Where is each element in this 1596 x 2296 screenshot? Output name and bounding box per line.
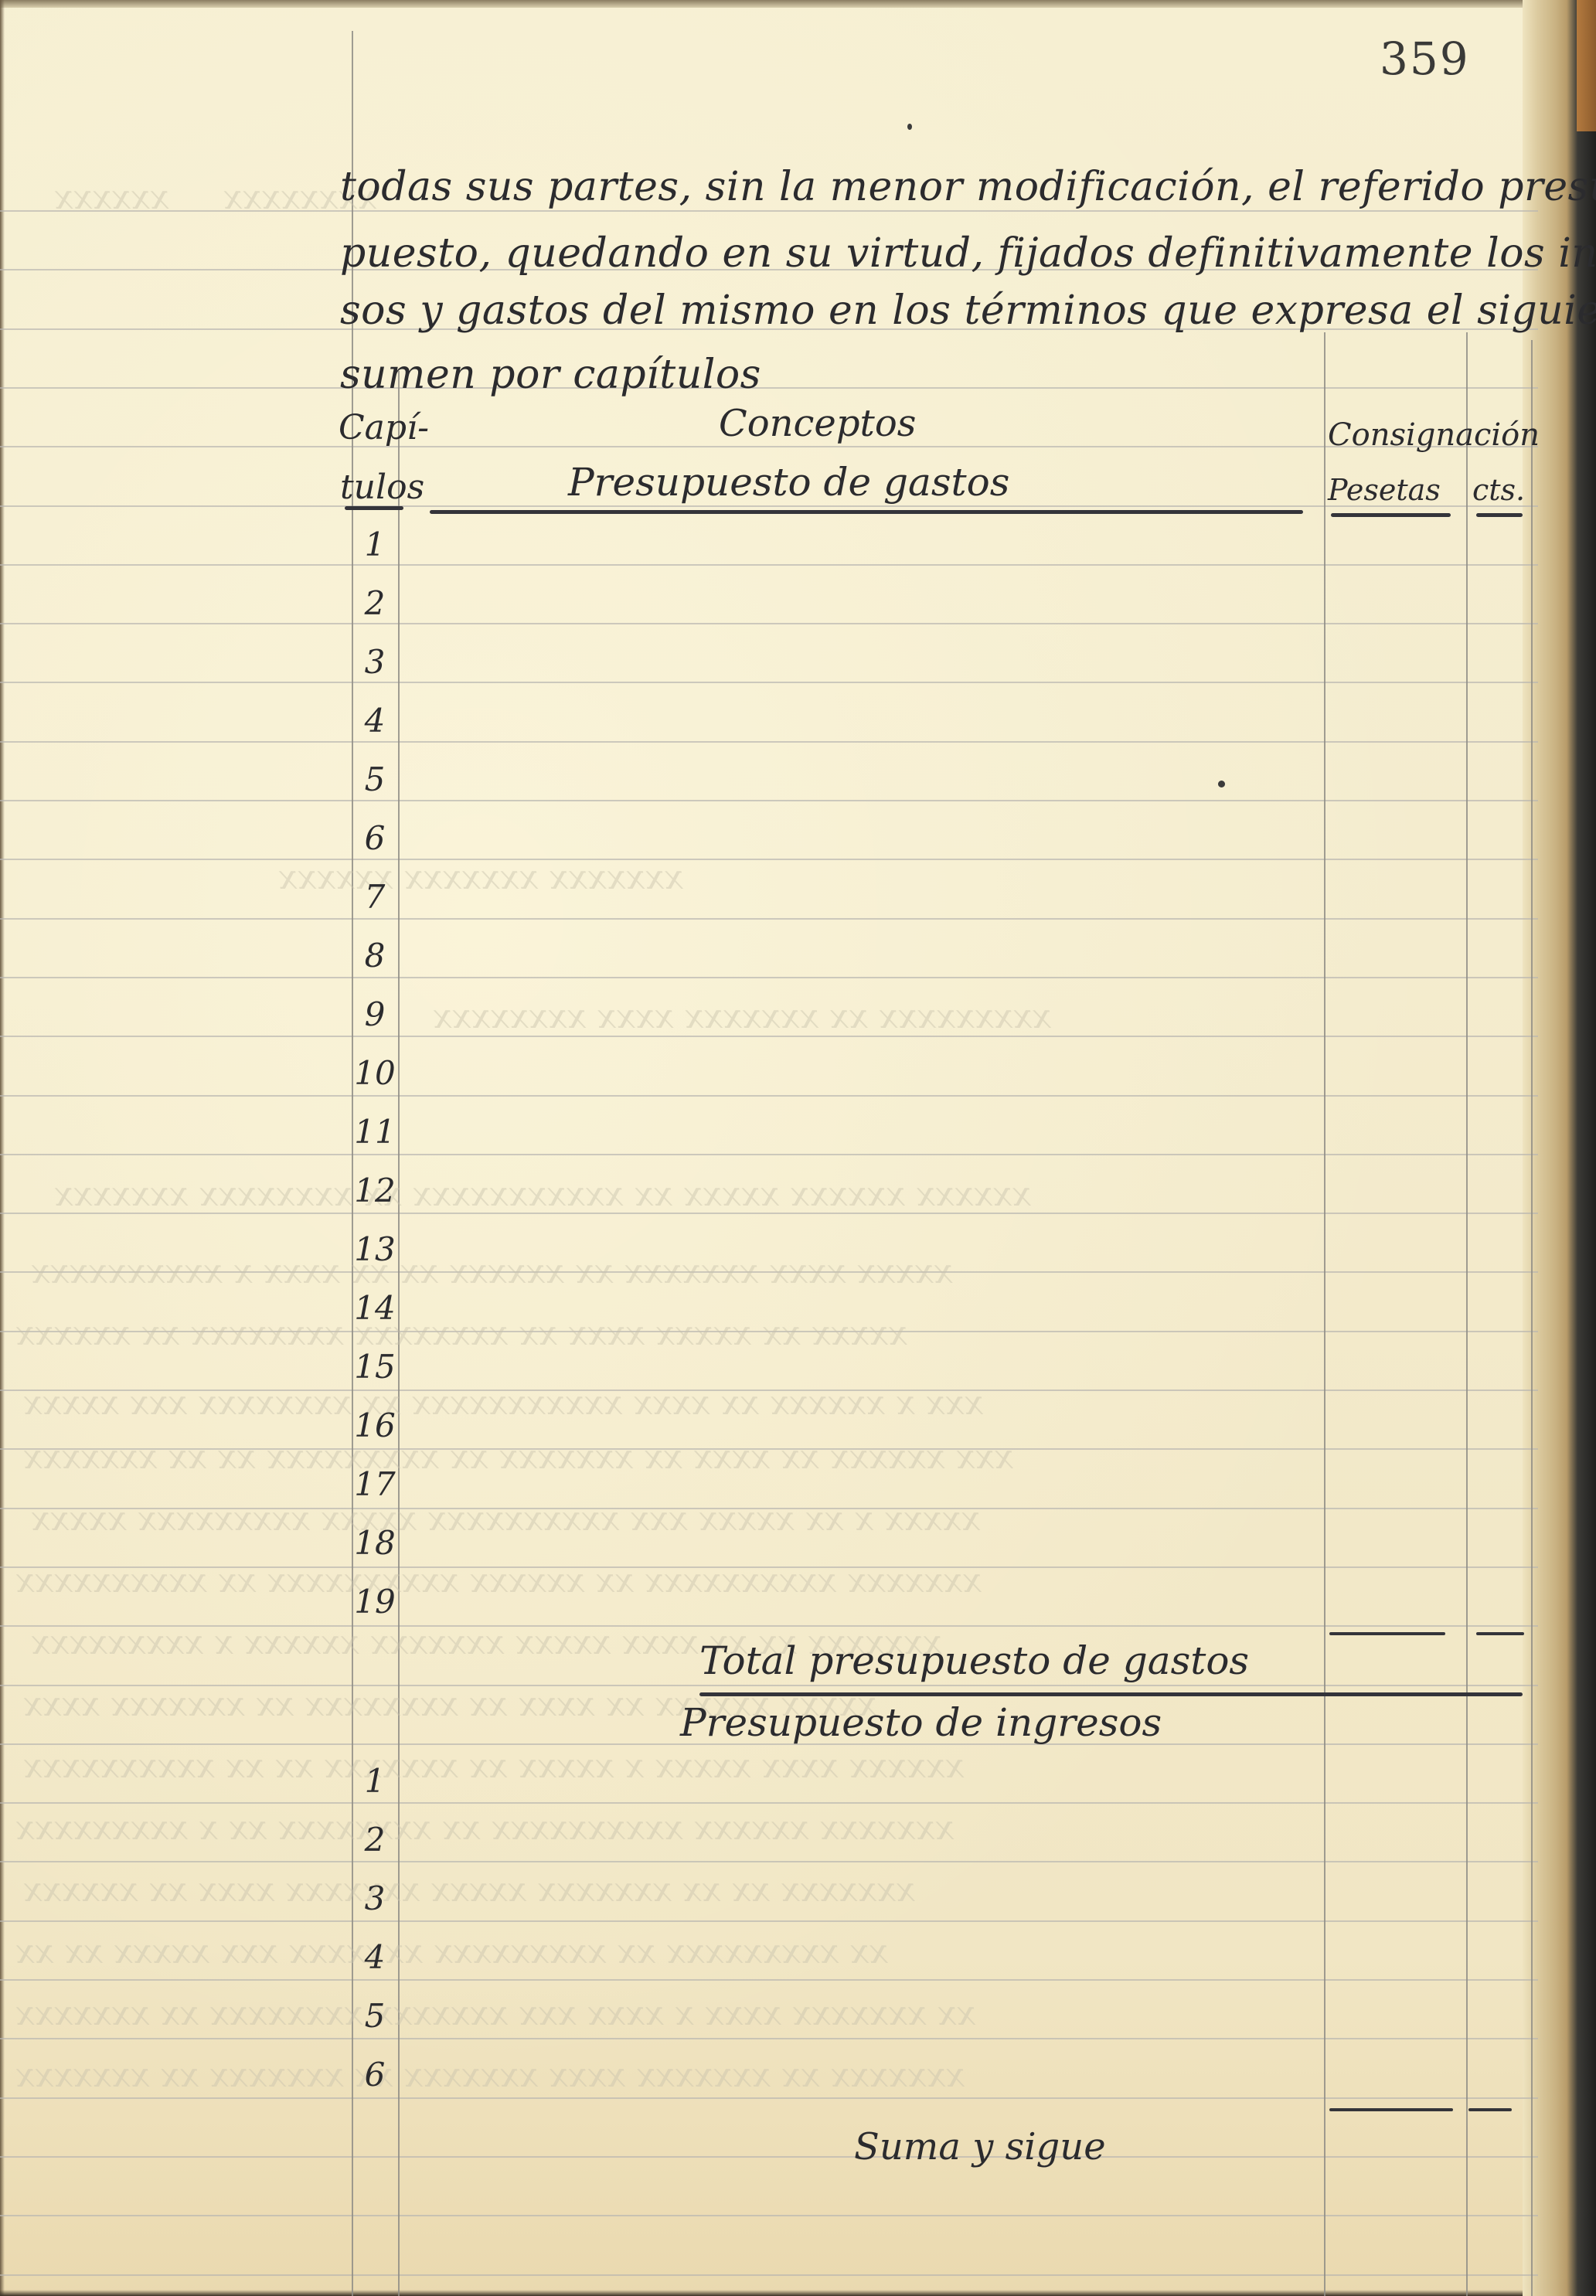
income-chapter-number: 5 [340,1997,410,2035]
carry-pesetas-dash [1329,2108,1453,2111]
ink-speck [1218,781,1225,787]
amount-header: Consignación [1328,417,1540,453]
expense-chapter-number: 19 [340,1583,410,1621]
chapters-header-underline [345,506,403,510]
pesetas-header: Pesetas [1328,473,1441,507]
expense-chapter-number: 16 [340,1407,410,1444]
income-chapter-number: 1 [340,1762,410,1800]
chapters-header-line-2: tulos [340,468,424,507]
page-number: 359 [1380,32,1470,85]
expenses-total-label: Total presupuesto de gastos [699,1638,1249,1683]
expense-chapter-number: 6 [340,819,410,857]
ruled-line [0,387,1538,389]
intro-line-4: sumen por capítulos [340,352,761,398]
concepts-header-underline [430,510,1303,514]
expense-chapter-number: 15 [340,1348,410,1386]
centimos-header-underline [1476,513,1523,517]
ruled-line [0,1920,1538,1922]
expenses-section-title: Presupuesto de gastos [568,460,1009,505]
ruled-line [0,1802,1538,1804]
intro-line-2: puesto, quedando en su virtud, fijados d… [340,230,1596,277]
chapters-header-line-1: Capí- [339,408,429,447]
ruled-line [0,2156,1538,2158]
expenses-total-centimos-dash [1476,1632,1524,1635]
centimos-column-line-right [1531,340,1533,2296]
income-section-title: Presupuesto de ingresos [680,1700,1162,1745]
expense-chapter-number: 1 [340,526,410,563]
expense-chapter-number: 5 [340,760,410,798]
ruled-line [0,564,1538,566]
ruled-line [0,446,1538,447]
pesetas-column-line-right [1466,332,1468,2296]
income-chapter-number: 6 [340,2056,410,2094]
ruled-line [0,2038,1538,2039]
ruled-line [0,859,1538,860]
expenses-total-underline [699,1692,1523,1696]
ruled-line [0,2215,1538,2216]
expense-chapter-number: 10 [340,1054,410,1092]
carry-centimos-dash [1468,2108,1512,2111]
ruled-line [0,1979,1538,1981]
ruled-line [0,2274,1538,2276]
pesetas-column-line-left [1324,332,1325,2296]
expense-chapter-number: 17 [340,1465,410,1503]
ruled-line [0,623,1538,624]
ruled-line [0,1095,1538,1097]
expense-chapter-number: 13 [340,1230,410,1268]
expenses-total-pesetas-dash [1329,1632,1445,1635]
income-chapter-number: 2 [340,1821,410,1859]
intro-line-1: todas sus partes, sin la menor modificac… [340,164,1596,210]
ruled-line [0,1861,1538,1862]
ruled-line [0,682,1538,683]
intro-line-3: sos y gastos del mismo en los términos q… [340,287,1596,334]
carry-forward-label: Suma y sigue [854,2125,1106,2168]
expense-chapter-number: 14 [340,1289,410,1327]
ruled-line [0,505,1538,507]
expense-chapter-number: 7 [340,878,410,916]
expense-chapter-number: 11 [340,1113,410,1151]
page-top-edge [0,0,1596,8]
ruled-line [0,800,1538,801]
binding-cap [1577,0,1596,131]
ruled-line [0,918,1538,920]
ruled-line [0,1154,1538,1155]
expense-chapter-number: 3 [340,643,410,681]
expense-chapter-number: 8 [340,937,410,975]
pesetas-header-underline [1331,513,1451,517]
ruled-line [0,977,1538,978]
ruled-line [0,741,1538,743]
income-chapter-number: 4 [340,1938,410,1976]
page-bottom-edge [0,2290,1596,2296]
book-binding [1523,0,1596,2296]
expense-chapter-number: 9 [340,995,410,1033]
expense-chapter-number: 18 [340,1524,410,1562]
page-left-edge [0,0,5,2296]
ledger-page: xxxxxxxx xxxxxx xxxxxxx xxxxxxx xxxxxx x… [0,0,1596,2296]
expense-chapter-number: 2 [340,584,410,622]
centimos-header: cts. [1472,473,1525,507]
expense-chapter-number: 4 [340,702,410,740]
income-chapter-number: 3 [340,1879,410,1917]
concepts-header: Conceptos [719,402,916,445]
expense-chapter-number: 12 [340,1172,410,1209]
ink-speck [907,124,912,130]
ruled-line [0,2097,1538,2099]
